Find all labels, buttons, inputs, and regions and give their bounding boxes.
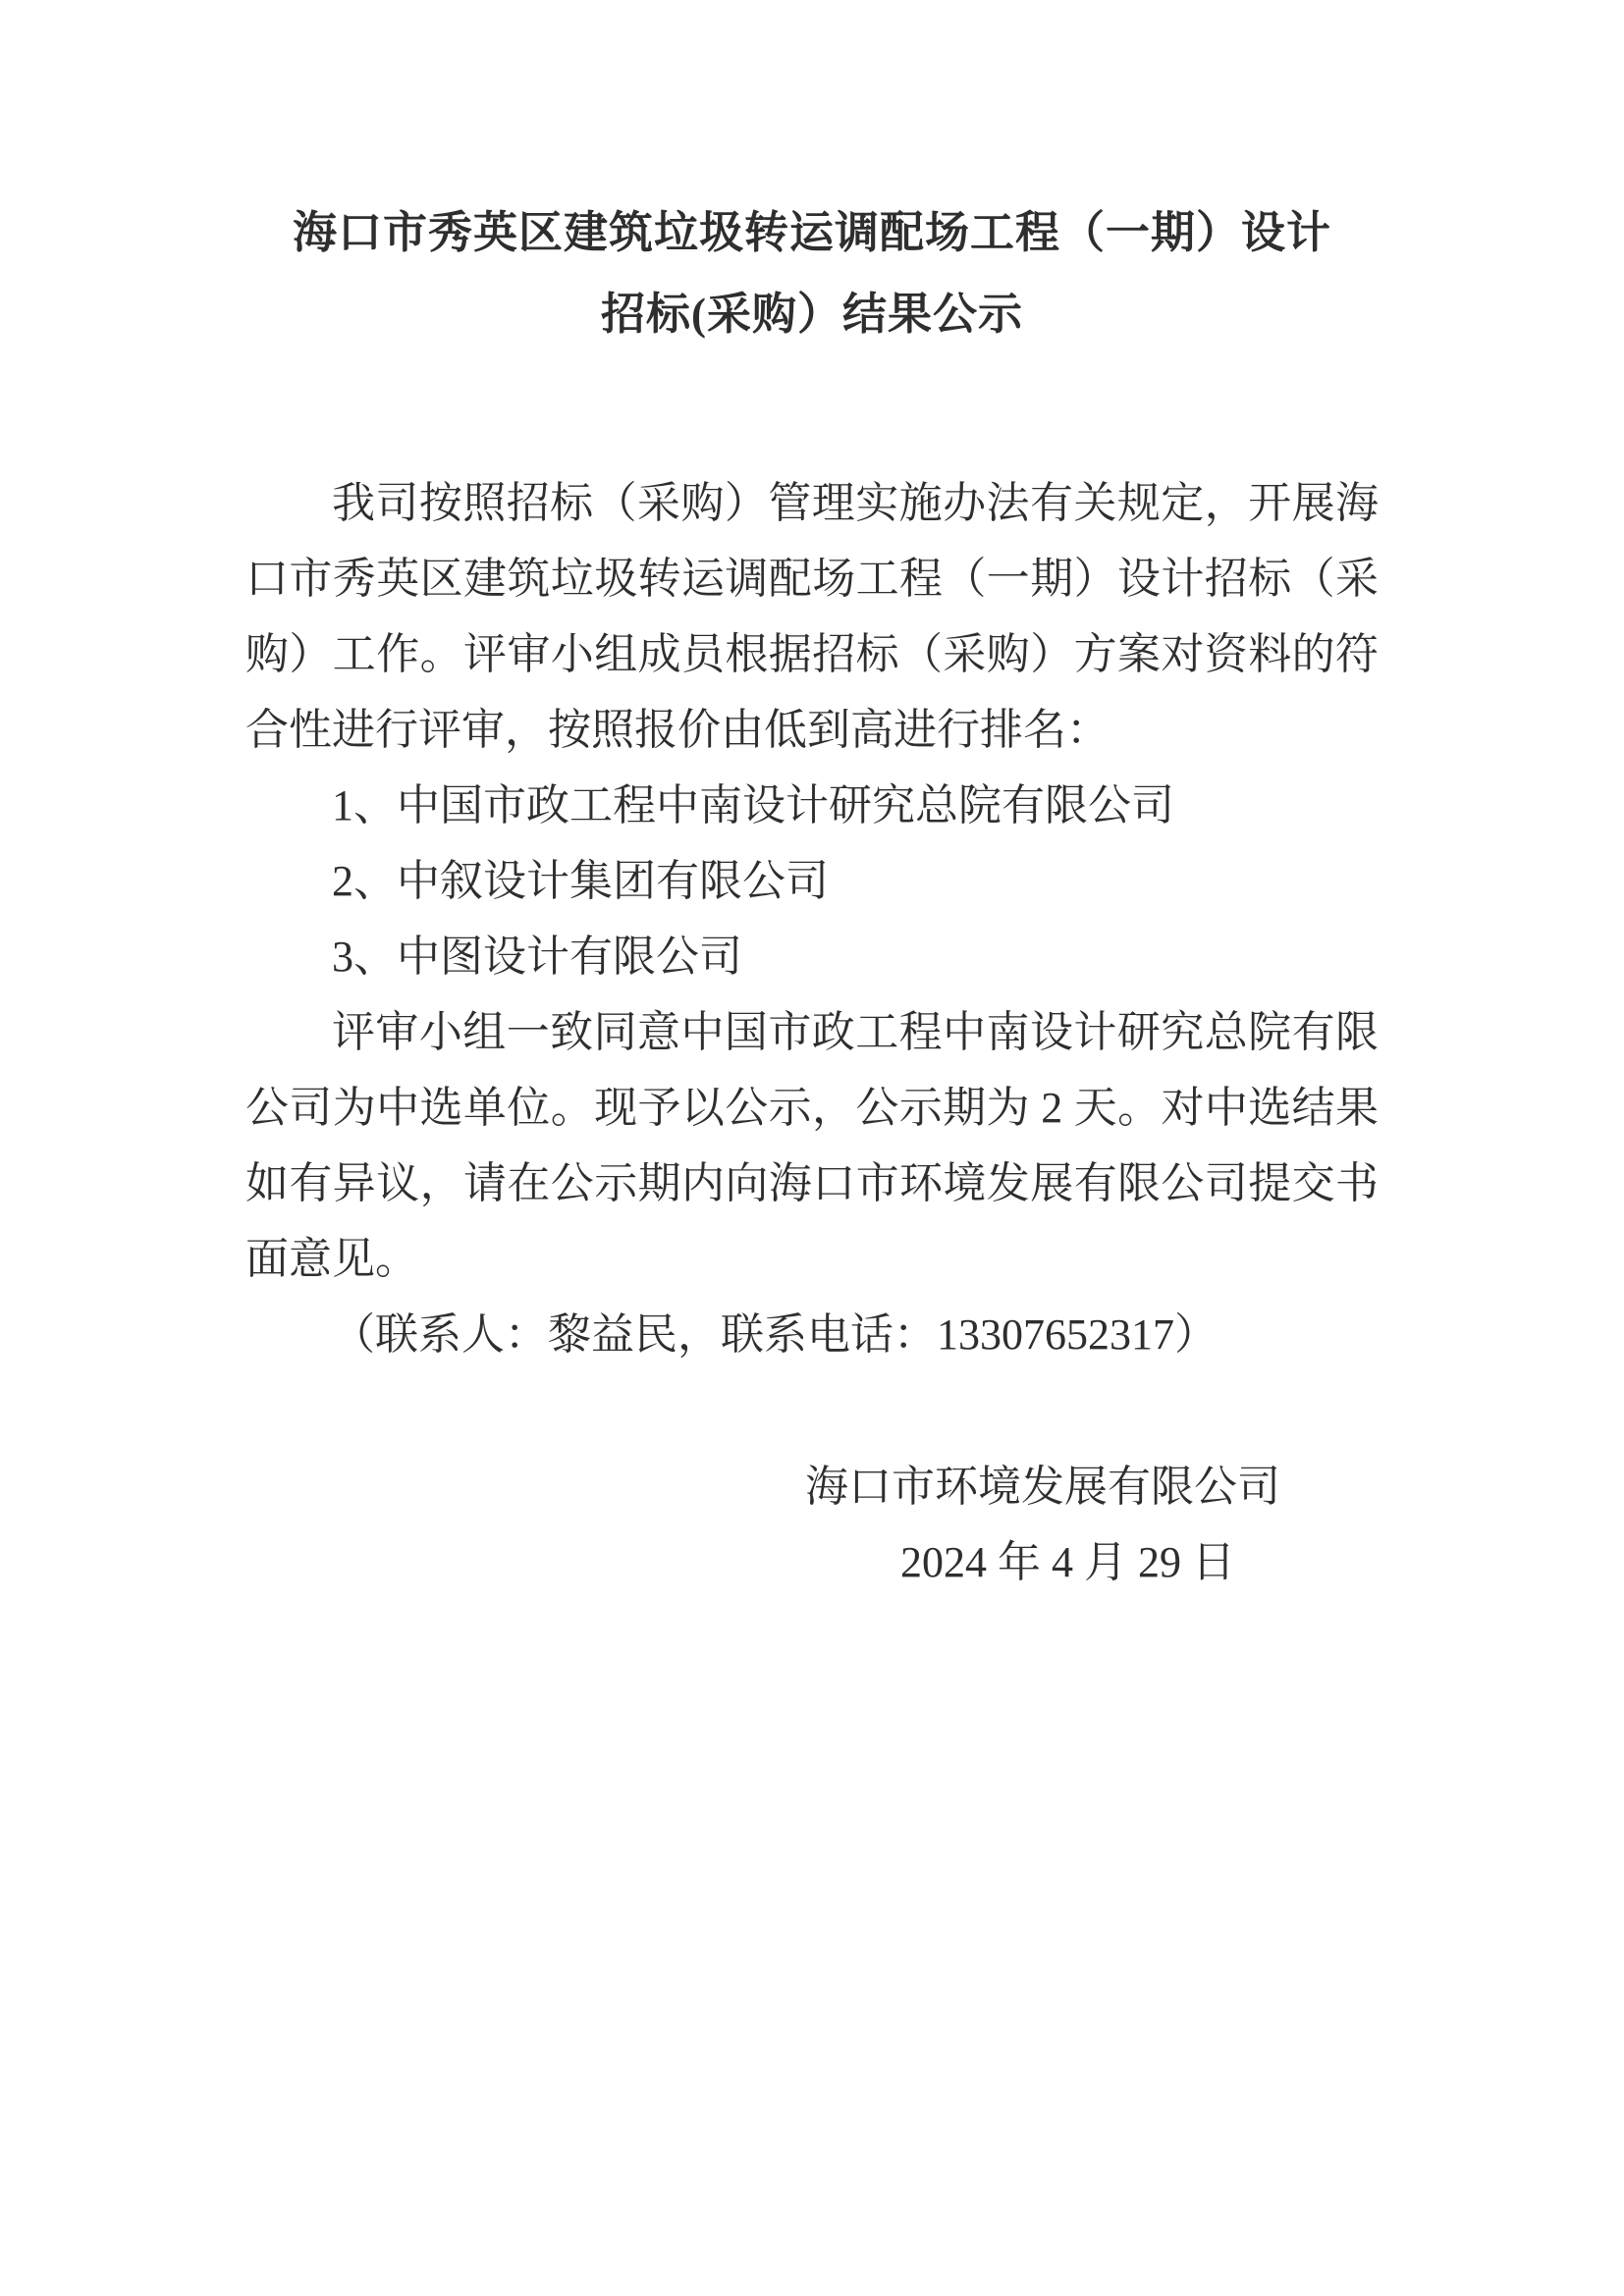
ranking-item-2: 2、中叙设计集团有限公司 [245, 843, 1379, 919]
signature-date: 2024 年 4 月 29 日 [245, 1524, 1379, 1600]
document-title-line-2: 招标(采购）结果公示 [245, 274, 1379, 355]
signature-company-name: 海口市环境发展有限公司 [245, 1449, 1379, 1524]
paragraph-result-announcement: 评审小组一致同意中国市政工程中南设计研究总院有限公司为中选单位。现予以公示，公示… [245, 994, 1379, 1297]
ranking-item-3: 3、中图设计有限公司 [245, 919, 1379, 994]
ranking-item-1: 1、中国市政工程中南设计研究总院有限公司 [245, 768, 1379, 843]
document-body: 我司按照招标（采购）管理实施办法有关规定，开展海口市秀英区建筑垃圾转运调配场工程… [245, 465, 1379, 1372]
signature-block: 海口市环境发展有限公司 2024 年 4 月 29 日 [245, 1449, 1379, 1600]
document-title-line-1: 海口市秀英区建筑垃圾转运调配场工程（一期）设计 [245, 192, 1379, 274]
document-title: 海口市秀英区建筑垃圾转运调配场工程（一期）设计 招标(采购）结果公示 [245, 192, 1379, 355]
paragraph-evaluation-intro: 我司按照招标（采购）管理实施办法有关规定，开展海口市秀英区建筑垃圾转运调配场工程… [245, 465, 1379, 768]
contact-info-line: （联系人：黎益民，联系电话：13307652317） [245, 1297, 1379, 1372]
ranking-list: 1、中国市政工程中南设计研究总院有限公司 2、中叙设计集团有限公司 3、中图设计… [245, 768, 1379, 994]
document-page: 海口市秀英区建筑垃圾转运调配场工程（一期）设计 招标(采购）结果公示 我司按照招… [0, 0, 1624, 2296]
